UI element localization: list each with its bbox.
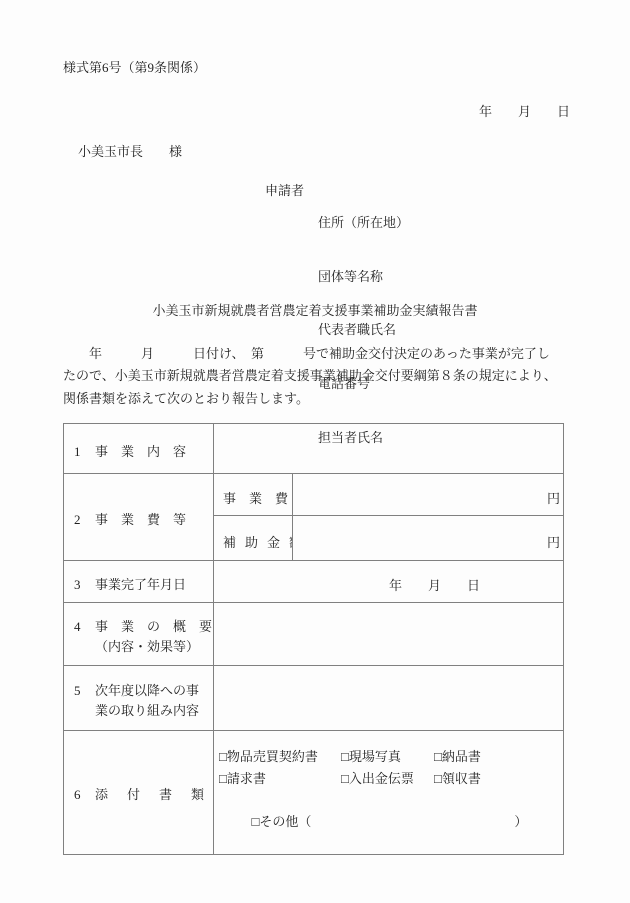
row2-number: 2 — [74, 510, 95, 530]
table-row-business-summary: 4 事 業 の 概 要 （内容・効果等） — [64, 603, 564, 666]
business-summary-value-cell — [214, 603, 564, 666]
business-content-value-cell — [214, 424, 564, 474]
row5-label: 次年度以降への事 業の取り組み内容 — [95, 681, 199, 721]
attachment-option-invoice: □請求書 — [219, 768, 341, 790]
table-row-next-year-plan: 5 次年度以降への事 業の取り組み内容 — [64, 666, 564, 731]
row3-number: 3 — [74, 575, 95, 595]
row3-label-cell: 3 事業完了年月日 — [64, 561, 214, 603]
table-row-business-cost: 2 事 業 費 等 事 業 費 円 — [64, 474, 564, 516]
attachment-option-payment-slip: □入出金伝票 — [341, 768, 434, 790]
row1-label: 事 業 内 容 — [95, 442, 186, 462]
row5-number: 5 — [74, 681, 95, 701]
row1-number: 1 — [74, 442, 95, 462]
attachment-other-close: ） — [514, 814, 527, 829]
row1-label-cell: 1 事 業 内 容 — [64, 424, 214, 474]
table-row-completion-date: 3 事業完了年月日 年 月 日 — [64, 561, 564, 603]
applicant-field-representative: 代表者職氏名 — [318, 319, 409, 341]
attachment-option-delivery-note: □納品書 — [434, 746, 563, 768]
report-table: 1 事 業 内 容 2 事 業 費 等 事 業 費 円 補助金額 円 — [63, 423, 564, 855]
completion-date-value-cell: 年 月 日 — [214, 561, 564, 603]
attachment-option-site-photo: □現場写真 — [341, 746, 434, 768]
row2-label-cell: 2 事 業 費 等 — [64, 474, 214, 561]
date-placeholder-line: 年 月 日 — [479, 104, 570, 120]
row4-number: 4 — [74, 617, 95, 637]
row6-number: 6 — [74, 785, 95, 805]
row6-label: 添 付 書 類 — [95, 785, 207, 805]
row2-label: 事 業 費 等 — [95, 510, 186, 530]
subsidy-amount-value-cell: 円 — [293, 516, 564, 561]
applicant-field-address: 住所（所在地） — [318, 212, 409, 234]
row3-label: 事業完了年月日 — [95, 575, 186, 595]
row4-label: 事 業 の 概 要 （内容・効果等） — [95, 617, 212, 657]
row4-label-cell: 4 事 業 の 概 要 （内容・効果等） — [64, 603, 214, 666]
attachment-other-open: □その他（ — [252, 814, 312, 829]
attachments-cell: □物品売買契約書 □現場写真 □納品書 □請求書 □入出金伝票 □領収書 □その… — [214, 731, 564, 855]
applicant-field-org-name: 団体等名称 — [318, 266, 409, 288]
table-row-attachments: 6 添 付 書 類 □物品売買契約書 □現場写真 □納品書 □請求書 □入出金伝… — [64, 731, 564, 855]
row6-label-cell: 6 添 付 書 類 — [64, 731, 214, 855]
addressee-line: 小美玉市長 様 — [78, 144, 182, 160]
document-title: 小美玉市新規就農者営農定着支援事業補助金実績報告書 — [0, 303, 630, 319]
attachment-option-other: □その他（） — [219, 789, 563, 854]
attachment-option-sales-contract: □物品売買契約書 — [219, 746, 341, 768]
attachment-option-receipt: □領収書 — [434, 768, 563, 790]
business-cost-value-cell: 円 — [293, 474, 564, 516]
document-page: 様式第6号（第9条関係） 年 月 日 小美玉市長 様 申請者 住所（所在地） 団… — [0, 0, 630, 903]
form-number-label: 様式第6号（第9条関係） — [63, 60, 206, 76]
body-paragraph: 年 月 日付け、 第 号で補助金交付決定のあった事業が完了し たので、小美玉市新… — [63, 343, 583, 410]
attachment-options-grid: □物品売買契約書 □現場写真 □納品書 □請求書 □入出金伝票 □領収書 — [219, 746, 563, 789]
table-row-business-content: 1 事 業 内 容 — [64, 424, 564, 474]
next-year-plan-value-cell — [214, 666, 564, 731]
row5-label-cell: 5 次年度以降への事 業の取り組み内容 — [64, 666, 214, 731]
business-cost-sublabel: 事 業 費 — [214, 474, 293, 516]
subsidy-amount-sublabel: 補助金額 — [214, 516, 293, 561]
